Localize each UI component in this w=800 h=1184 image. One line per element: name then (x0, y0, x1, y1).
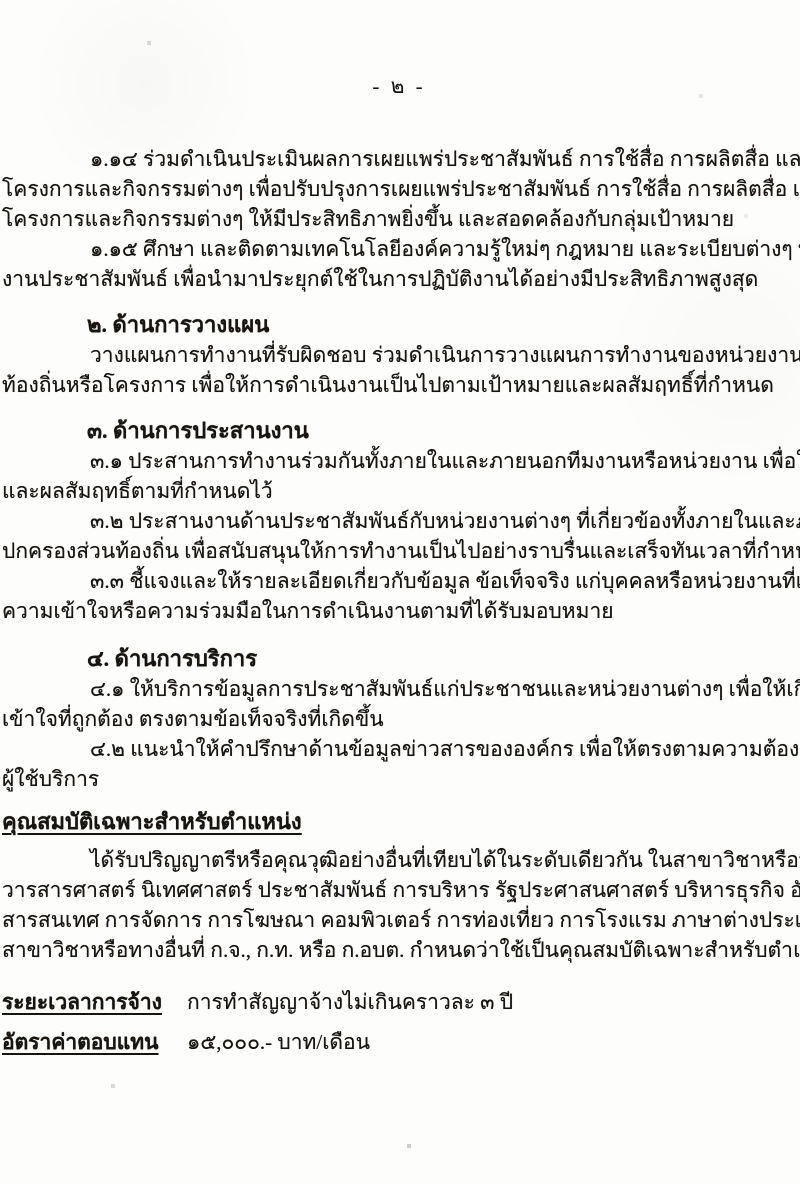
body-line: สาขาวิชาหรือทางอื่นที่ ก.จ., ก.ท. หรือ ก… (2, 935, 796, 965)
scanned-document-page: - ๒ - ๑.๑๔ ร่วมดำเนินประเมินผลการเผยแพร่… (0, 0, 800, 1184)
body-line: โครงการและกิจกรรมต่างๆ ให้มีประสิทธิภาพย… (2, 204, 796, 234)
compensation-label: อัตราค่าตอบแทน (2, 1027, 187, 1057)
body-line: ได้รับปริญญาตรีหรือคุณวุฒิอย่างอื่นที่เท… (2, 845, 796, 875)
employment-period-value: การทำสัญญาจ้างไม่เกินคราวละ ๓ ปี (187, 987, 513, 1017)
body-line: ๔.๒ แนะนำให้คำปรึกษาด้านข้อมูลข่าวสารของ… (2, 734, 796, 764)
body-line: ๑.๑๕ ศึกษา และติดตามเทคโนโลยีองค์ความรู้… (2, 234, 796, 264)
body-line: วางแผนการทำงานที่รับผิดชอบ ร่วมดำเนินการ… (2, 340, 796, 370)
compensation-value: ๑๕,๐๐๐.- บาท/เดือน (187, 1027, 370, 1057)
employment-period-label: ระยะเวลาการจ้าง (2, 987, 187, 1017)
body-line: ๑.๑๔ ร่วมดำเนินประเมินผลการเผยแพร่ประชาส… (2, 144, 796, 174)
section-coordination: ๓. ด้านการประสานงาน ๓.๑ ประสานการทำงานร่… (2, 416, 796, 626)
body-line: วารสารศาสตร์ นิเทศศาสตร์ ประชาสัมพันธ์ ก… (2, 875, 796, 905)
employment-period-row: ระยะเวลาการจ้าง การทำสัญญาจ้างไม่เกินครา… (2, 987, 796, 1017)
body-line: ปกครองส่วนท้องถิ่น เพื่อสนับสนุนให้การทำ… (2, 536, 796, 566)
page-number: - ๒ - (2, 75, 796, 97)
qualifications-heading: คุณสมบัติเฉพาะสำหรับตำแหน่ง (2, 806, 302, 838)
body-line: ๓.๓ ชี้แจงและให้รายละเอียดเกี่ยวกับข้อมู… (2, 566, 796, 596)
compensation-row: อัตราค่าตอบแทน ๑๕,๐๐๐.- บาท/เดือน (2, 1027, 796, 1057)
body-line: และผลสัมฤทธิ์ตามที่กำหนดไว้ (2, 476, 796, 506)
body-line: ๔.๑ ให้บริการข้อมูลการประชาสัมพันธ์แก่ปร… (2, 674, 796, 704)
body-line: เข้าใจที่ถูกต้อง ตรงตามข้อเท็จจริงที่เกิ… (2, 704, 796, 734)
body-line: ๓.๑ ประสานการทำงานร่วมกันทั้งภายในและภาย… (2, 446, 796, 476)
section-heading-service: ๔. ด้านการบริการ (2, 644, 796, 674)
section-qualifications: คุณสมบัติเฉพาะสำหรับตำแหน่ง ได้รับปริญญา… (2, 806, 796, 965)
body-line: ๓.๒ ประสานงานด้านประชาสัมพันธ์กับหน่วยงา… (2, 506, 796, 536)
section-heading-coordination: ๓. ด้านการประสานงาน (2, 416, 796, 446)
section-service: ๔. ด้านการบริการ ๔.๑ ให้บริการข้อมูลการป… (2, 644, 796, 794)
document-content: ๑.๑๔ ร่วมดำเนินประเมินผลการเผยแพร่ประชาส… (2, 144, 796, 1057)
body-line: ผู้ใช้บริการ (2, 764, 796, 794)
body-line: งานประชาสัมพันธ์ เพื่อนำมาประยุกต์ใช้ในก… (2, 264, 796, 294)
section-evaluation-duties: ๑.๑๔ ร่วมดำเนินประเมินผลการเผยแพร่ประชาส… (2, 144, 796, 294)
body-line: โครงการและกิจกรรมต่างๆ เพื่อปรับปรุงการเ… (2, 174, 796, 204)
section-planning: ๒. ด้านการวางแผน วางแผนการทำงานที่รับผิด… (2, 310, 796, 400)
body-line: ท้องถิ่นหรือโครงการ เพื่อให้การดำเนินงาน… (2, 370, 796, 400)
body-line: สารสนเทศ การจัดการ การโฆษณา คอมพิวเตอร์ … (2, 905, 796, 935)
body-line: ความเข้าใจหรือความร่วมมือในการดำเนินงานต… (2, 596, 796, 626)
section-heading-planning: ๒. ด้านการวางแผน (2, 310, 796, 340)
scan-noise-specks (0, 0, 2, 2)
